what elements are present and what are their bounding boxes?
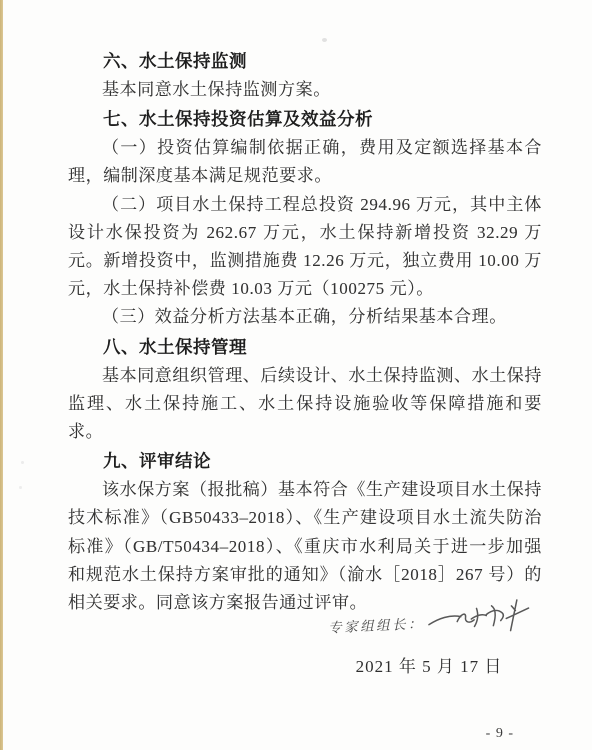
paragraph: 基本同意水土保持监测方案。 [68,76,542,104]
section-heading-9: 九、评审结论 [68,447,542,475]
page-number: - 9 - [486,726,514,742]
signature-label: 专家组组长： [328,612,425,636]
paragraph: （一）投资估算编制依据正确，费用及定额选择基本合理，编制深度基本满足规范要求。 [68,134,542,190]
paragraph: 基本同意组织管理、后续设计、水土保持监测、水土保持监理、水土保持施工、水土保持设… [68,362,542,447]
scan-speck [21,461,24,464]
signature-area: 专家组组长： 2021 年 5 月 17 日 [328,604,530,677]
signature-row: 专家组组长： [327,600,530,645]
document-body: 六、水土保持监测 基本同意水土保持监测方案。 七、水土保持投资估算及效益分析 （… [68,46,542,617]
scan-edge-strip [0,0,3,750]
section-heading-8: 八、水土保持管理 [68,333,542,361]
signature-scrawl-icon [425,594,531,640]
paragraph: （二）项目水土保持工程总投资 294.96 万元，其中主体设计水保投资为 262… [68,191,542,304]
section-heading-7: 七、水土保持投资估算及效益分析 [68,105,542,133]
section-heading-6: 六、水土保持监测 [68,47,542,75]
paragraph: （三）效益分析方法基本正确，分析结果基本合理。 [68,303,542,331]
scan-speck [19,486,22,489]
review-date: 2021 年 5 月 17 日 [356,652,503,677]
scan-speck [322,38,327,42]
scanned-document-page: 六、水土保持监测 基本同意水土保持监测方案。 七、水土保持投资估算及效益分析 （… [0,0,592,750]
